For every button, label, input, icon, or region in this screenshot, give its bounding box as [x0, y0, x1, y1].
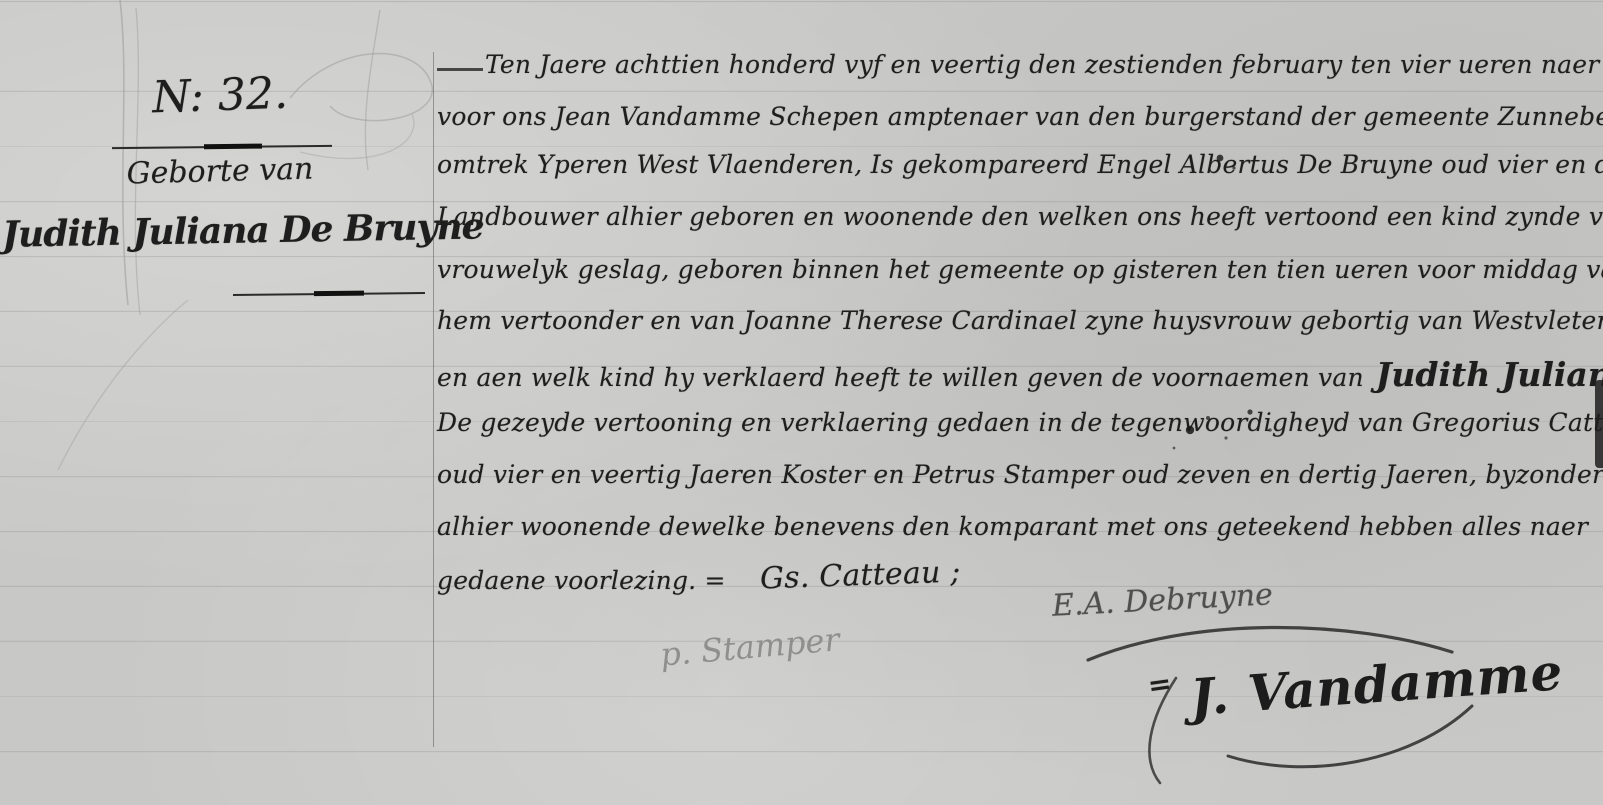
closing-text: gedaene voorlezing. = — [437, 566, 726, 595]
body-line: omtrek Yperen West Vlaenderen, Is gekomp… — [437, 150, 1603, 179]
margin-column: N: 32. Geborte van Judith Juliana De Bru… — [0, 0, 432, 805]
record-number: N: 32. — [109, 66, 331, 125]
body-line: vrouwelyk geslag, geboren binnen het gem… — [437, 255, 1603, 284]
page-edge-mark — [1595, 380, 1603, 468]
margin-rule-top — [112, 145, 332, 149]
body-line: voor ons Jean Vandamme Schepen amptenaer… — [437, 102, 1603, 131]
body-line: Landbouwer alhier geboren en woonende de… — [437, 202, 1603, 231]
child-name-inline: Judith Juliana — [1376, 355, 1603, 394]
body-line: Ten Jaere achttien honderd vyf en veerti… — [437, 50, 1603, 79]
body-line: hem vertoonder en van Joanne Therese Car… — [437, 306, 1603, 335]
child-name-margin: Judith Juliana De Bruyne — [2, 206, 441, 256]
body-line: oud vier en veertig Jaeren Koster en Pet… — [437, 460, 1603, 489]
body-line: De gezeyde vertooning en verklaering ged… — [437, 408, 1603, 437]
signature-catteau: Gs. Catteau ; — [759, 555, 961, 597]
body-line: alhier woonende dewelke benevens den kom… — [437, 512, 1603, 541]
scanned-birth-record: N: 32. Geborte van Judith Juliana De Bru… — [0, 0, 1603, 805]
body-line: en aen welk kind hy verklaerd heeft te w… — [437, 355, 1603, 394]
column-divider-line — [433, 52, 434, 747]
margin-rule-bottom — [233, 292, 425, 296]
equals-mark: = — [1146, 667, 1174, 703]
signature-stamper: p. Stamper — [659, 620, 841, 674]
ink-blots — [1130, 130, 1390, 490]
margin-header: Geborte van — [95, 151, 346, 193]
